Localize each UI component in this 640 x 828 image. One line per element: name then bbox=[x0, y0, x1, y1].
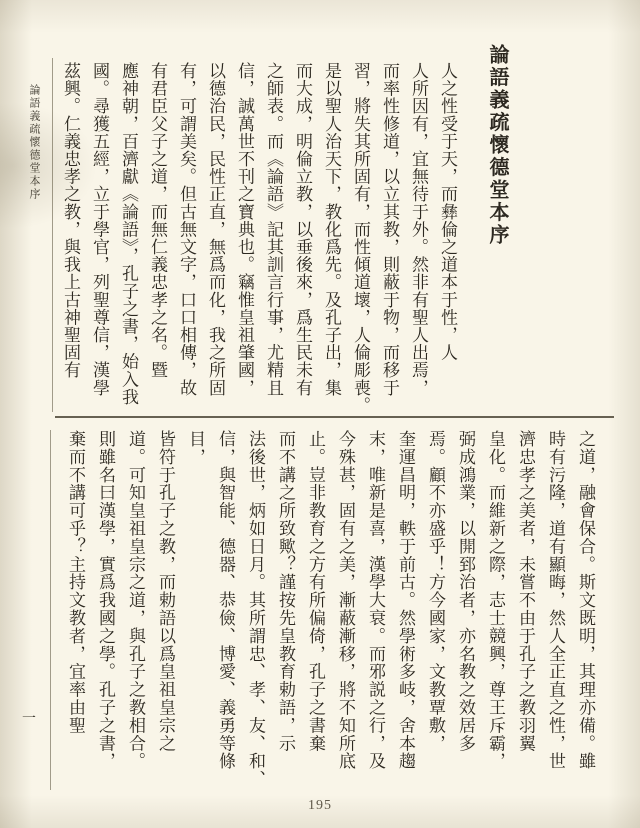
bottom-text-block: 之道，融會保合。斯文既明，其理亦備。雖 時有污隆，道有顯晦，然人全正直之性，世 … bbox=[56, 430, 600, 794]
text-column: 應神朝，百濟獻《論語》，孔子之書，始入我 bbox=[114, 44, 143, 416]
text-column: 訓，振興斯學，矯偏務本，以救時弊。羣經 bbox=[56, 430, 60, 794]
text-column: 人所因有，宜無待于外。然非有聖人出焉， bbox=[404, 44, 433, 416]
text-column: 之道，融會保合。斯文既明，其理亦備。雖 bbox=[570, 430, 600, 794]
text-column: 濟忠孝之美者，未嘗不由于孔子之教羽翼 bbox=[510, 430, 540, 794]
text-column: 法後世，炳如日月。其所謂忠、孝、友、和、 bbox=[240, 430, 270, 794]
text-column: 皇化。而維新之際，志士競興，尊王斥霸， bbox=[480, 430, 510, 794]
folio-marker: 一 bbox=[22, 708, 36, 728]
text-column: 信，誠萬世不刊之寶典也。竊惟皇祖肇國， bbox=[230, 44, 259, 416]
text-column: 皆符于孔子之教，而勅語以爲皇祖皇宗之 bbox=[150, 430, 180, 794]
margin-running-title: 論語義疏懷德堂本序 bbox=[27, 84, 41, 201]
text-column: 則雖名曰漢學，實爲我國之學。孔子之書， bbox=[90, 430, 120, 794]
text-column: 國。尋獲五經，立于學官，列聖尊信，漢學 bbox=[85, 44, 114, 416]
text-column: 棄而不講可乎？主持文教者，宜率由聖 bbox=[60, 430, 90, 794]
text-column: 焉。顧不亦盛乎！方今國家，文教覃敷， bbox=[420, 430, 450, 794]
page-number: 195 bbox=[0, 798, 640, 814]
book-page: 論語義疏懷德堂本序 一 論語義疏懷德堂本序 人之性受于天，而彝倫之道本于性，人 … bbox=[0, 0, 640, 828]
text-column: 而不講之所致歟？謹按先皇教育勅語，示 bbox=[270, 430, 300, 794]
text-column: 人之性受于天，而彝倫之道本于性，人 bbox=[433, 44, 462, 416]
text-column: 茲興。仁義忠孝之教，與我上古神聖固有 bbox=[56, 44, 85, 416]
text-column: 有君臣父子之道，而無仁義忠孝之名。暨 bbox=[143, 44, 172, 416]
text-column: 而率性修道，以立其教，則蔽于物，而移于 bbox=[375, 44, 404, 416]
text-column: 以德治民，民性正直，無爲而化，我之所固 bbox=[201, 44, 230, 416]
text-column: 道。可知皇祖皇宗之道，與孔子之教相合。 bbox=[120, 430, 150, 794]
text-column: 末，唯新是喜，漢學大衰。而邪説之行，及 bbox=[360, 430, 390, 794]
page-title: 論語義疏懷德堂本序 bbox=[478, 44, 516, 416]
section-divider bbox=[55, 416, 614, 418]
text-column: 信，與智能、德器、恭儉、博愛、義勇等條目， bbox=[180, 430, 240, 794]
text-column: 之師表。而《論語》記其訓言行事，尤精且 bbox=[259, 44, 288, 416]
bottom-block-left-rule bbox=[50, 430, 51, 790]
text-column: 止。豈非教育之方有所偏倚，孔子之書棄 bbox=[300, 430, 330, 794]
text-column: 時有污隆，道有顯晦，然人全正直之性，世 bbox=[540, 430, 570, 794]
text-column: 奎運昌明，軼于前古。然學術多岐，舍本趨 bbox=[390, 430, 420, 794]
text-column: 弼成鴻業，以開郅治者，亦名教之效居多 bbox=[450, 430, 480, 794]
top-text-block: 論語義疏懷德堂本序 人之性受于天，而彝倫之道本于性，人 人所因有，宜無待于外。然… bbox=[50, 44, 516, 416]
text-column: 習，將失其所固有，而性傾道壞，人倫彫喪。 bbox=[346, 44, 375, 416]
text-column: 有，可謂美矣。但古無文字，口口相傳，故 bbox=[172, 44, 201, 416]
text-column: 而大成，明倫立教，以垂後來，爲生民未有 bbox=[288, 44, 317, 416]
text-column: 是以聖人治天下，教化爲先。及孔子出，集 bbox=[317, 44, 346, 416]
text-column: 今殊甚，固有之美，漸蔽漸移，將不知所底 bbox=[330, 430, 360, 794]
